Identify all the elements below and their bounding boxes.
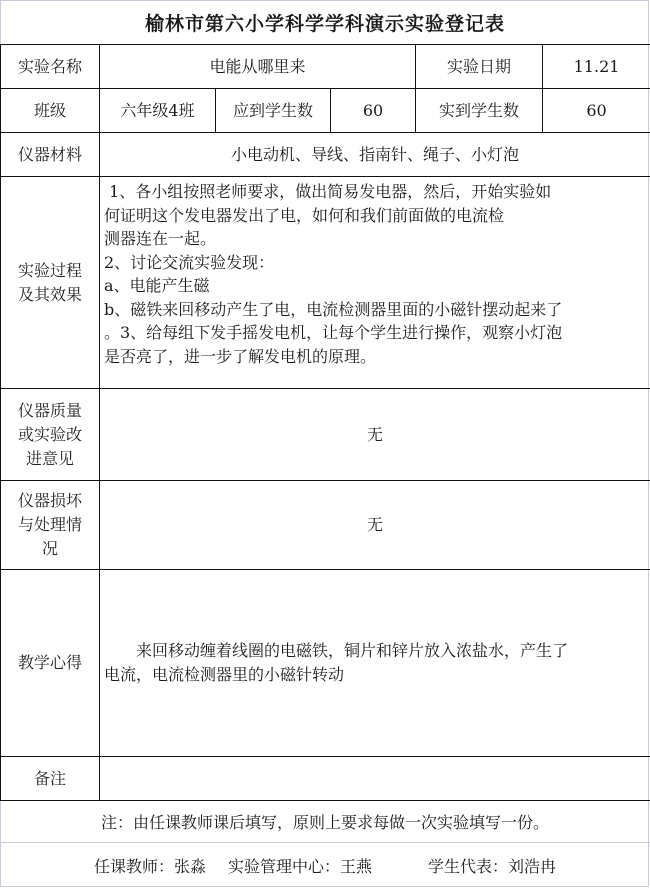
row-class: 班级 六年级4班 应到学生数 60 实到学生数 60 <box>1 89 650 133</box>
process-line: a、电能产生磁 <box>104 274 646 298</box>
expected-students-label: 应到学生数 <box>216 89 331 133</box>
row-damage: 仪器损坏 与处理情 况 无 <box>1 481 650 570</box>
reflection-line1: 来回移动缠着线圈的电磁铁，铜片和锌片放入浓盐水，产生了 <box>104 639 646 663</box>
experiment-date-value[interactable]: 11.21 <box>543 45 650 89</box>
reflection-value[interactable]: 来回移动缠着线圈的电磁铁，铜片和锌片放入浓盐水，产生了 电流，电流检测器里的小磁… <box>100 570 650 757</box>
class-label: 班级 <box>1 89 100 133</box>
damage-label-line2: 与处理情 <box>1 513 99 537</box>
teacher-signature: 任课教师：张淼 <box>94 854 206 877</box>
form-title: 榆林市第六小学科学学科演示实验登记表 <box>0 0 650 44</box>
process-line: 1、各小组按照老师要求，做出简易发电器，然后，开始实验如 <box>104 180 646 204</box>
row-materials: 仪器材料 小电动机、导线、指南针、绳子、小灯泡 <box>1 133 650 177</box>
materials-label: 仪器材料 <box>1 133 100 177</box>
quality-label-line3: 进意见 <box>1 447 99 471</box>
process-label-line2: 及其效果 <box>1 283 99 307</box>
reflection-line2: 电流，电流检测器里的小磁针转动 <box>104 663 646 687</box>
materials-value[interactable]: 小电动机、导线、指南针、绳子、小灯泡 <box>100 133 650 177</box>
quality-value[interactable]: 无 <box>100 389 650 481</box>
quality-label-line2: 或实验改 <box>1 423 99 447</box>
expected-students-value[interactable]: 60 <box>331 89 416 133</box>
class-value[interactable]: 六年级4班 <box>100 89 216 133</box>
process-line: 何证明这个发电器发出了电，如何和我们前面做的电流检 <box>104 204 646 228</box>
process-line: b、磁铁来回移动产生了电，电流检测器里面的小磁针摆动起来了 <box>104 298 646 322</box>
center-signature: 实验管理中心：王燕 <box>228 854 372 877</box>
footer-note: 注：由任课教师课后填写，原则上要求每做一次实验填写一份。 <box>0 800 650 843</box>
registration-table: 实验名称 电能从哪里来 实验日期 11.21 班级 六年级4班 应到学生数 60… <box>0 44 650 801</box>
damage-value[interactable]: 无 <box>100 481 650 570</box>
process-label-line1: 实验过程 <box>1 259 99 283</box>
process-line: 。3、给每组下发手摇发电机，让每个学生进行操作，观察小灯泡 <box>104 321 646 345</box>
experiment-name-value[interactable]: 电能从哪里来 <box>100 45 416 89</box>
process-line: 测器连在一起。 <box>104 227 646 251</box>
damage-label-line1: 仪器损坏 <box>1 489 99 513</box>
actual-students-label: 实到学生数 <box>416 89 543 133</box>
reflection-label: 教学心得 <box>1 570 100 757</box>
experiment-date-label: 实验日期 <box>416 45 543 89</box>
damage-label-line3: 况 <box>1 537 99 561</box>
row-remarks: 备注 <box>1 757 650 801</box>
student-signature: 学生代表：刘浩冉 <box>428 854 556 877</box>
experiment-name-label: 实验名称 <box>1 45 100 89</box>
process-line: 是否亮了，进一步了解发电机的原理。 <box>104 345 646 369</box>
remarks-label: 备注 <box>1 757 100 801</box>
remarks-value[interactable] <box>100 757 650 801</box>
actual-students-value[interactable]: 60 <box>543 89 650 133</box>
damage-label: 仪器损坏 与处理情 况 <box>1 481 100 570</box>
process-line: 2、讨论交流实验发现： <box>104 251 646 275</box>
row-process: 实验过程 及其效果 1、各小组按照老师要求，做出简易发电器，然后，开始实验如 何… <box>1 177 650 389</box>
row-reflection: 教学心得 来回移动缠着线圈的电磁铁，铜片和锌片放入浓盐水，产生了 电流，电流检测… <box>1 570 650 757</box>
quality-label: 仪器质量 或实验改 进意见 <box>1 389 100 481</box>
signature-row: 任课教师：张淼 实验管理中心：王燕 学生代表：刘浩冉 <box>0 843 650 887</box>
process-value[interactable]: 1、各小组按照老师要求，做出简易发电器，然后，开始实验如 何证明这个发电器发出了… <box>100 177 650 389</box>
row-experiment-name: 实验名称 电能从哪里来 实验日期 11.21 <box>1 45 650 89</box>
quality-label-line1: 仪器质量 <box>1 399 99 423</box>
process-label: 实验过程 及其效果 <box>1 177 100 389</box>
row-quality: 仪器质量 或实验改 进意见 无 <box>1 389 650 481</box>
